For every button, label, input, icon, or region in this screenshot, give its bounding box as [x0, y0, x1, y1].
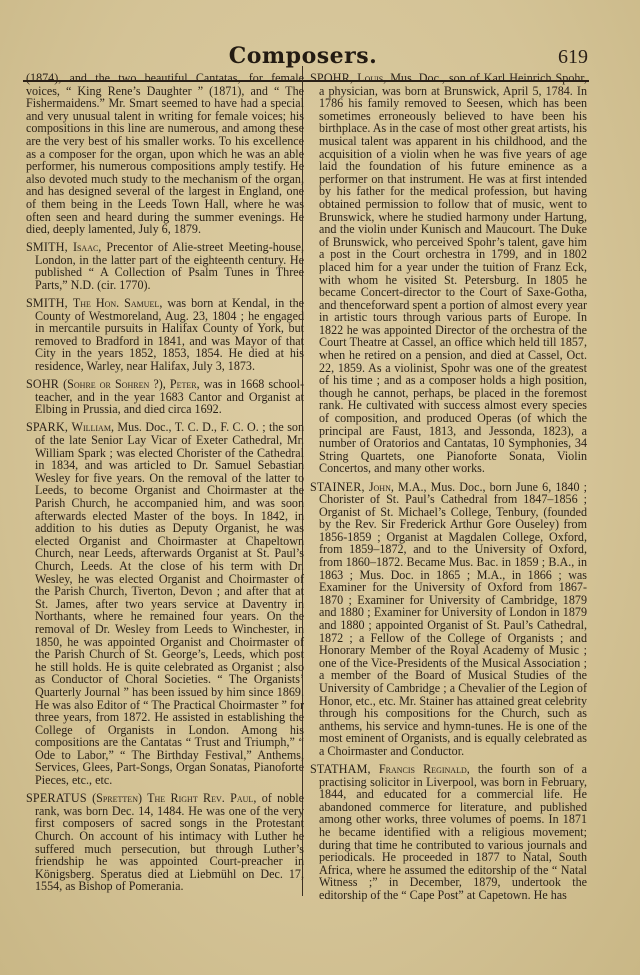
entry-text: Mus. Doc., son of Karl Heinrich Spohr, a… [319, 71, 587, 475]
right-column: SPOHR, Louis, Mus. Doc., son of Karl Hei… [310, 72, 587, 907]
entry-continuation-smart: (1874), and the two beautiful Cantatas, … [26, 72, 304, 236]
entry-speratus-paul: SPERATUS (Spretten) The Right Rev. Paul,… [26, 792, 304, 893]
entry-text: the fourth son of a practising solicitor… [319, 762, 587, 902]
running-title: Composers. [18, 43, 588, 69]
entry-text: Mus. Doc., T. C. D., F. C. O. ; the son … [35, 420, 304, 787]
entry-stainer-john: STAINER, John, M.A., Mus. Doc., born Jun… [310, 481, 587, 758]
entry-text: M.A., Mus. Doc., born June 6, 1840 ; Cho… [319, 480, 587, 758]
entry-smith-isaac: SMITH, Isaac, Precentor of Alie-street M… [26, 241, 304, 291]
entry-smith-samuel: SMITH, The Hon. Samuel, was born at Kend… [26, 297, 304, 373]
entry-spohr-louis: SPOHR, Louis, Mus. Doc., son of Karl Hei… [310, 72, 587, 475]
entry-text: of noble rank, was born Dec. 14, 1484. H… [35, 791, 304, 893]
entry-text: (1874), and the two beautiful Cantatas, … [26, 71, 304, 236]
entry-spark-william: SPARK, William, Mus. Doc., T. C. D., F. … [26, 421, 304, 786]
entry-sohr-peter: SOHR (Sohre or Sohren ?), Peter, was in … [26, 378, 304, 416]
entry-statham-francis: STATHAM, Francis Reginald, the fourth so… [310, 763, 587, 902]
page-number: 619 [558, 46, 588, 69]
book-page: Composers. 619 (1874), and the two beaut… [0, 0, 640, 975]
left-column: (1874), and the two beautiful Cantatas, … [26, 72, 304, 898]
